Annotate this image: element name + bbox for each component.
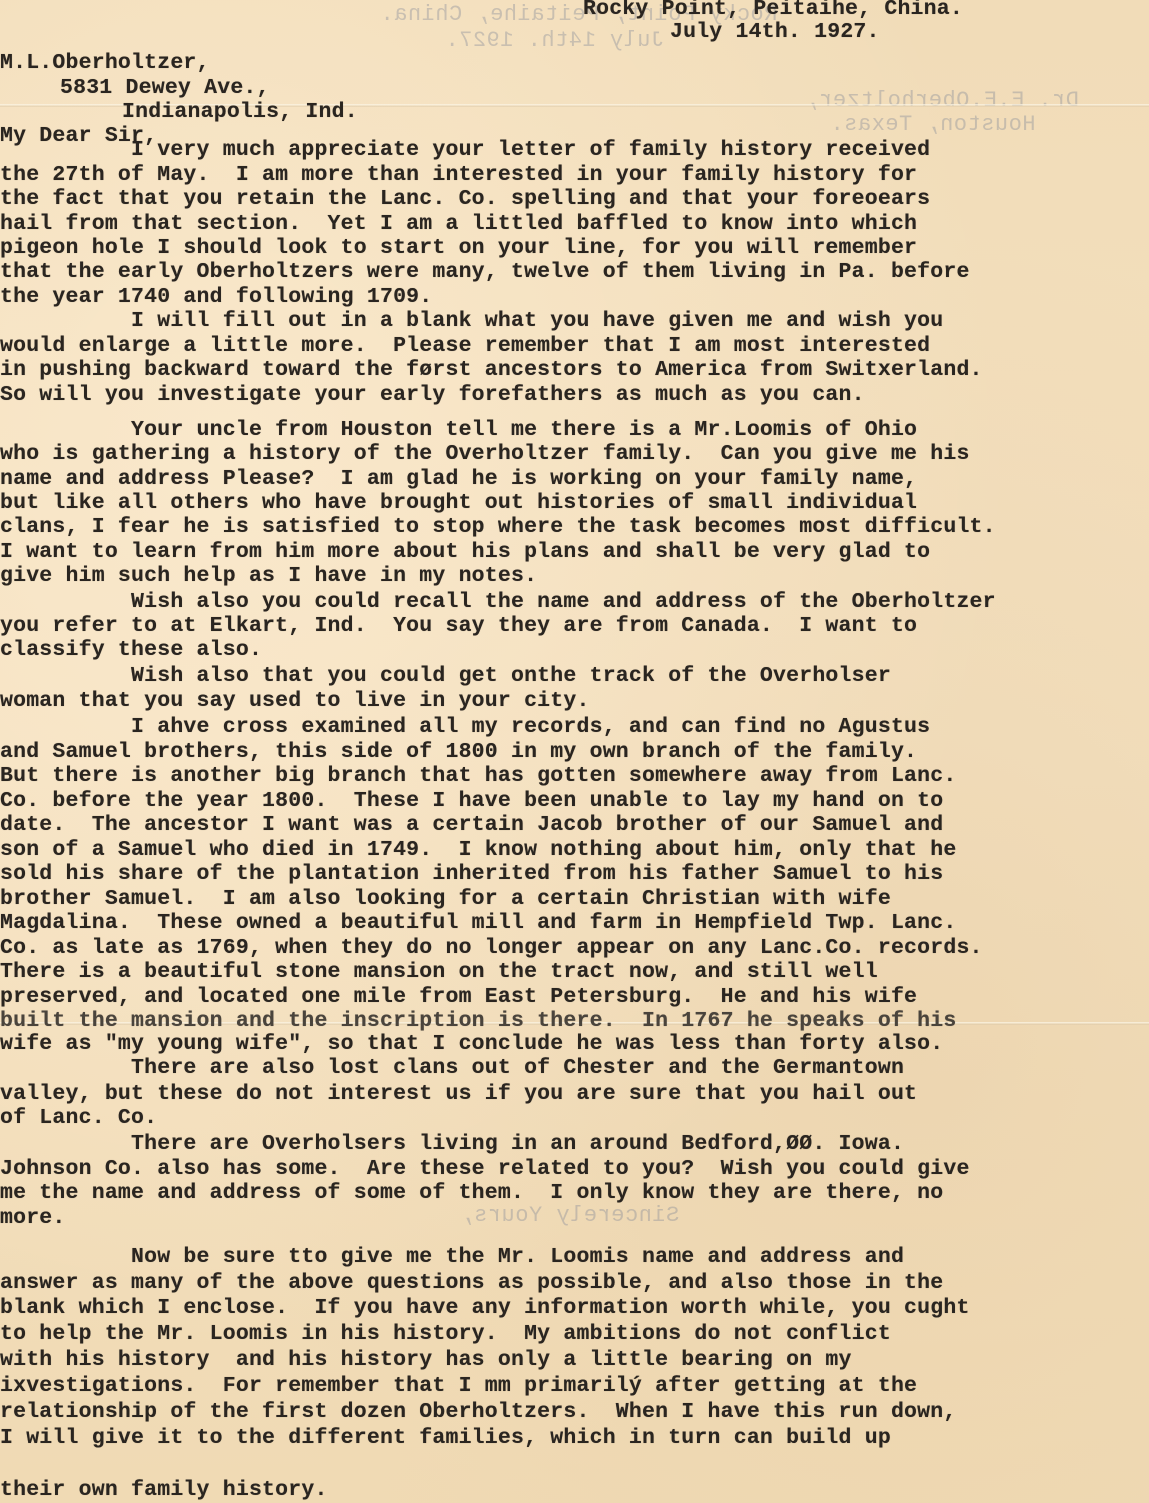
body-line: the 27th of May. I am more than interest… <box>0 163 917 187</box>
body-line: classify these also. <box>0 638 262 662</box>
body-line: Your uncle from Houston tell me there is… <box>0 418 917 442</box>
bleed-through-city: Houston, Texas. <box>830 112 1036 137</box>
bleed-through-date: July 14th. 1927. <box>445 28 664 53</box>
body-line: name and address Please? I am glad he is… <box>0 467 917 491</box>
body-line: Co. as late as 1769, when they do no lon… <box>0 936 983 960</box>
body-line: sold his share of the plantation inherit… <box>0 862 943 886</box>
body-line: with his history and his history has onl… <box>0 1348 852 1372</box>
body-line: There are Overholsers living in an aroun… <box>0 1132 904 1156</box>
body-line: the fact that you retain the Lanc. Co. s… <box>0 187 930 211</box>
body-line: Wish also you could recall the name and … <box>0 590 996 614</box>
body-line: but like all others who have brought out… <box>0 491 917 515</box>
body-line: give him such help as I have in my notes… <box>0 564 537 588</box>
body-line: I will fill out in a blank what you have… <box>0 309 943 333</box>
body-line: hail from that section. Yet I am a littl… <box>0 212 917 236</box>
body-line: Wish also that you could get onthe track… <box>0 664 891 688</box>
body-line: woman that you say used to live in your … <box>0 689 590 713</box>
body-line: I very much appreciate your letter of fa… <box>0 138 930 162</box>
body-line: of Lanc. Co. <box>0 1106 157 1130</box>
body-line: Co. before the year 1800. These I have b… <box>0 789 943 813</box>
body-line: to help the Mr. Loomis in his history. M… <box>0 1322 891 1346</box>
body-line: wife as "my young wife", so that I concl… <box>0 1032 943 1056</box>
body-line: son of a Samuel who died in 1749. I know… <box>0 838 956 862</box>
recipient-city: Indianapolis, Ind. <box>122 100 358 124</box>
body-line: ixvestigations. For remember that I mm p… <box>0 1374 917 1398</box>
body-line: I will give it to the different families… <box>0 1426 891 1450</box>
body-line: would enlarge a little more. Please reme… <box>0 334 930 358</box>
body-line: in pushing backward toward the først anc… <box>0 358 983 382</box>
recipient-name: M.L.Oberholtzer, <box>0 51 210 75</box>
body-line: pigeon hole I should look to start on yo… <box>0 236 917 260</box>
body-line: So will you investigate your early foref… <box>0 383 865 407</box>
body-line: But there is another big branch that has… <box>0 764 956 788</box>
body-line: answer as many of the above questions as… <box>0 1271 943 1295</box>
body-line: I want to learn from him more about his … <box>0 540 930 564</box>
letter-date: July 14th. 1927. <box>670 20 880 44</box>
body-line: their own family history. <box>0 1478 328 1502</box>
body-line: more. <box>0 1206 66 1230</box>
body-line: blank which I enclose. If you have any i… <box>0 1296 970 1320</box>
body-line: I ahve cross examined all my records, an… <box>0 715 930 739</box>
body-line: and Samuel brothers, this side of 1800 i… <box>0 740 917 764</box>
body-line: who is gathering a history of the Overho… <box>0 442 970 466</box>
body-line: Magdalina. These owned a beautiful mill … <box>0 911 956 935</box>
letter-location: Rocky Point, Peitaihe, China. <box>583 0 963 21</box>
body-line: Johnson Co. also has some. Are these rel… <box>0 1157 970 1181</box>
body-line: that the early Oberholtzers were many, t… <box>0 260 970 284</box>
body-line: me the name and address of some of them.… <box>0 1181 943 1205</box>
recipient-street: 5831 Dewey Ave., <box>60 76 270 100</box>
body-line: clans, I fear he is satisfied to stop wh… <box>0 515 996 539</box>
bleed-through-recipient: Dr. E.E.Oberholtzer, <box>805 88 1079 113</box>
letter-page: Rocky Point, Peitaihe, China. July 14th.… <box>0 0 1149 1503</box>
body-line: date. The ancestor I want was a certain … <box>0 813 943 837</box>
body-line: brother Samuel. I am also looking for a … <box>0 887 891 911</box>
body-line: built the mansion and the inscription is… <box>0 1009 956 1033</box>
body-line: relationship of the first dozen Oberholt… <box>0 1400 956 1424</box>
body-line: the year 1740 and following 1709. <box>0 285 432 309</box>
body-line: There is a beautiful stone mansion on th… <box>0 960 878 984</box>
bleed-through-closing: Sincerely Yours, <box>460 1203 679 1228</box>
body-line: Now be sure tto give me the Mr. Loomis n… <box>0 1245 904 1269</box>
body-line: you refer to at Elkart, Ind. You say the… <box>0 614 917 638</box>
body-line: preserved, and located one mile from Eas… <box>0 985 917 1009</box>
body-line: valley, but these do not interest us if … <box>0 1082 917 1106</box>
body-line: There are also lost clans out of Chester… <box>0 1056 904 1080</box>
